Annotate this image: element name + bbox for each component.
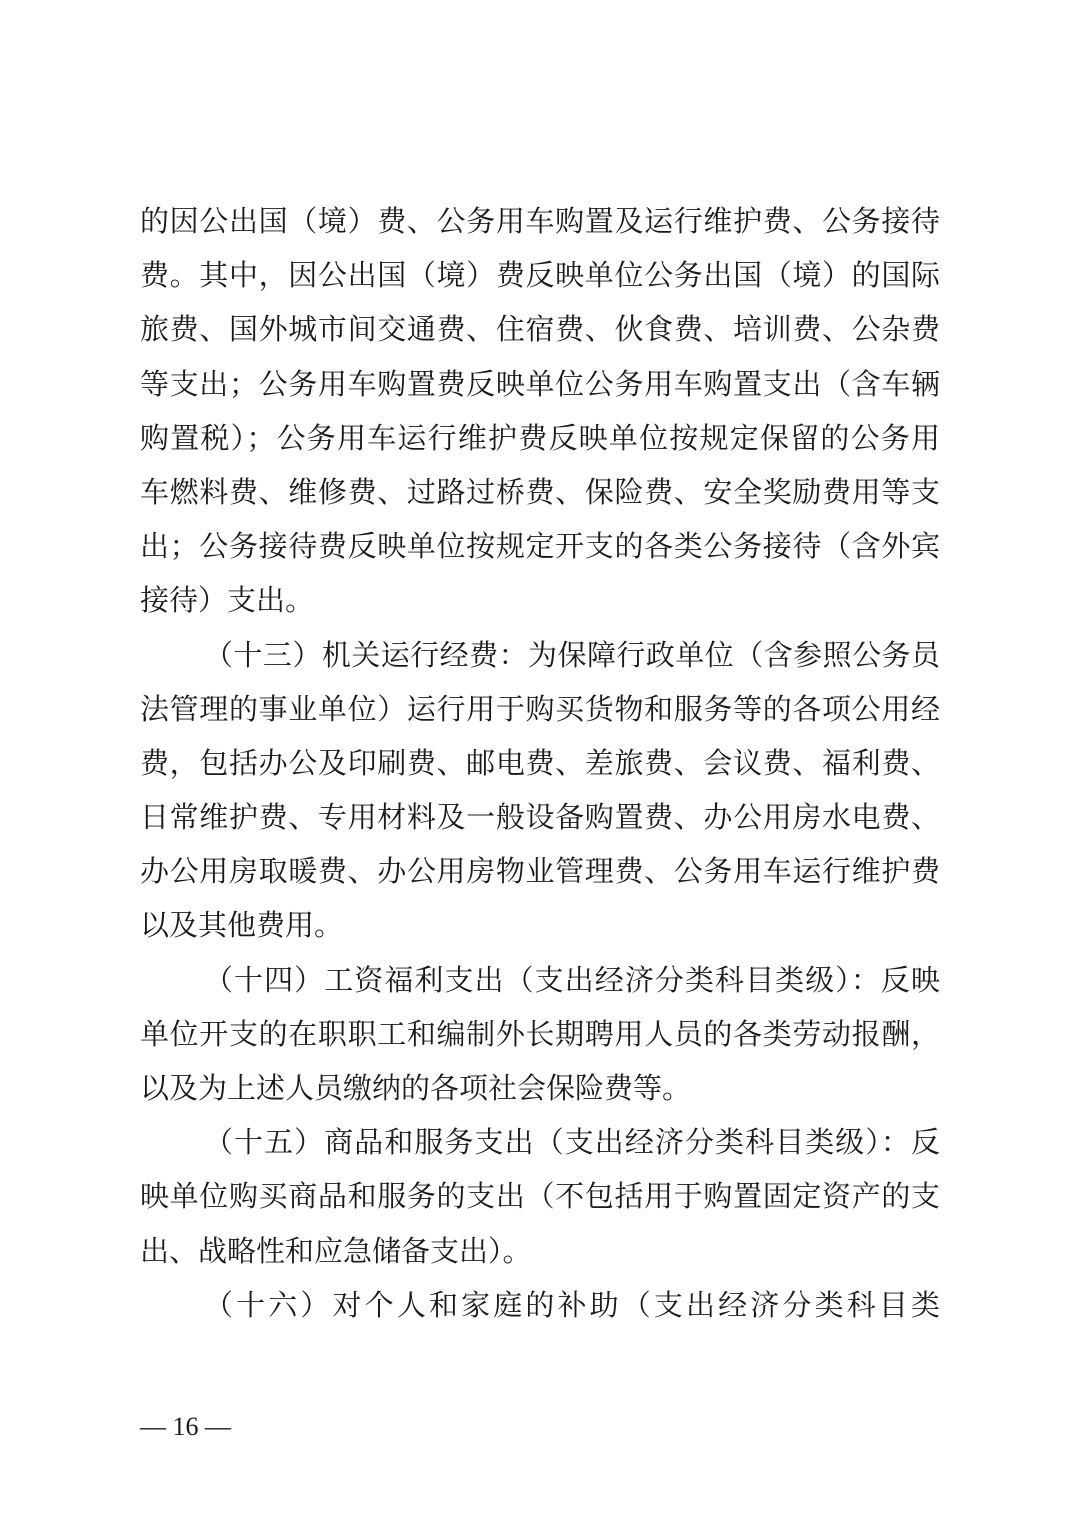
text-line: 办公用房取暖费、办公用房物业管理费、公务用车运行维护费 (140, 844, 940, 898)
text-line: 出；公务接待费反映单位按规定开支的各类公务接待（含外宾 (140, 519, 940, 573)
text-line: （十五）商品和服务支出（支出经济分类科目类级）：反 (140, 1115, 940, 1169)
body-text: 的因公出国（境）费、公务用车购置及运行维护费、公务接待 费。其中，因公出国（境）… (140, 194, 940, 1332)
text-line: （十三）机关运行经费：为保障行政单位（含参照公务员 (140, 628, 940, 682)
text-line: 购置税）；公务用车运行维护费反映单位按规定保留的公务用 (140, 411, 940, 465)
paragraph-continued: 的因公出国（境）费、公务用车购置及运行维护费、公务接待 费。其中，因公出国（境）… (140, 194, 940, 628)
text-line: 旅费、国外城市间交通费、住宿费、伙食费、培训费、公杂费 (140, 302, 940, 356)
text-line: 费。其中，因公出国（境）费反映单位公务出国（境）的国际 (140, 248, 940, 302)
text-line: （十六）对个人和家庭的补助（支出经济分类科目类 (140, 1278, 940, 1332)
document-page: 的因公出国（境）费、公务用车购置及运行维护费、公务接待 费。其中，因公出国（境）… (0, 0, 1075, 1520)
text-line: 接待）支出。 (140, 573, 940, 627)
paragraph-14-wages-benefits: （十四）工资福利支出（支出经济分类科目类级）：反映 单位开支的在职职工和编制外长… (140, 953, 940, 1116)
text-line: 单位开支的在职职工和编制外长期聘用人员的各类劳动报酬， (140, 1007, 940, 1061)
text-line: 的因公出国（境）费、公务用车购置及运行维护费、公务接待 (140, 194, 940, 248)
paragraph-16-household-subsidies: （十六）对个人和家庭的补助（支出经济分类科目类 (140, 1278, 940, 1332)
text-line: 以及为上述人员缴纳的各项社会保险费等。 (140, 1061, 940, 1115)
text-line: 以及其他费用。 (140, 898, 940, 952)
paragraph-15-goods-services: （十五）商品和服务支出（支出经济分类科目类级）：反 映单位购买商品和服务的支出（… (140, 1115, 940, 1278)
paragraph-13-agency-operating-expenses: （十三）机关运行经费：为保障行政单位（含参照公务员 法管理的事业单位）运行用于购… (140, 628, 940, 953)
text-line: 法管理的事业单位）运行用于购买货物和服务等的各项公用经 (140, 682, 940, 736)
text-line: 日常维护费、专用材料及一般设备购置费、办公用房水电费、 (140, 790, 940, 844)
text-line: 费，包括办公及印刷费、邮电费、差旅费、会议费、福利费、 (140, 736, 940, 790)
text-line: 出、战略性和应急储备支出）。 (140, 1224, 940, 1278)
text-line: 等支出；公务用车购置费反映单位公务用车购置支出（含车辆 (140, 357, 940, 411)
page-number: — 16 — (140, 1412, 231, 1442)
text-line: （十四）工资福利支出（支出经济分类科目类级）：反映 (140, 953, 940, 1007)
text-line: 映单位购买商品和服务的支出（不包括用于购置固定资产的支 (140, 1169, 940, 1223)
text-line: 车燃料费、维修费、过路过桥费、保险费、安全奖励费用等支 (140, 465, 940, 519)
